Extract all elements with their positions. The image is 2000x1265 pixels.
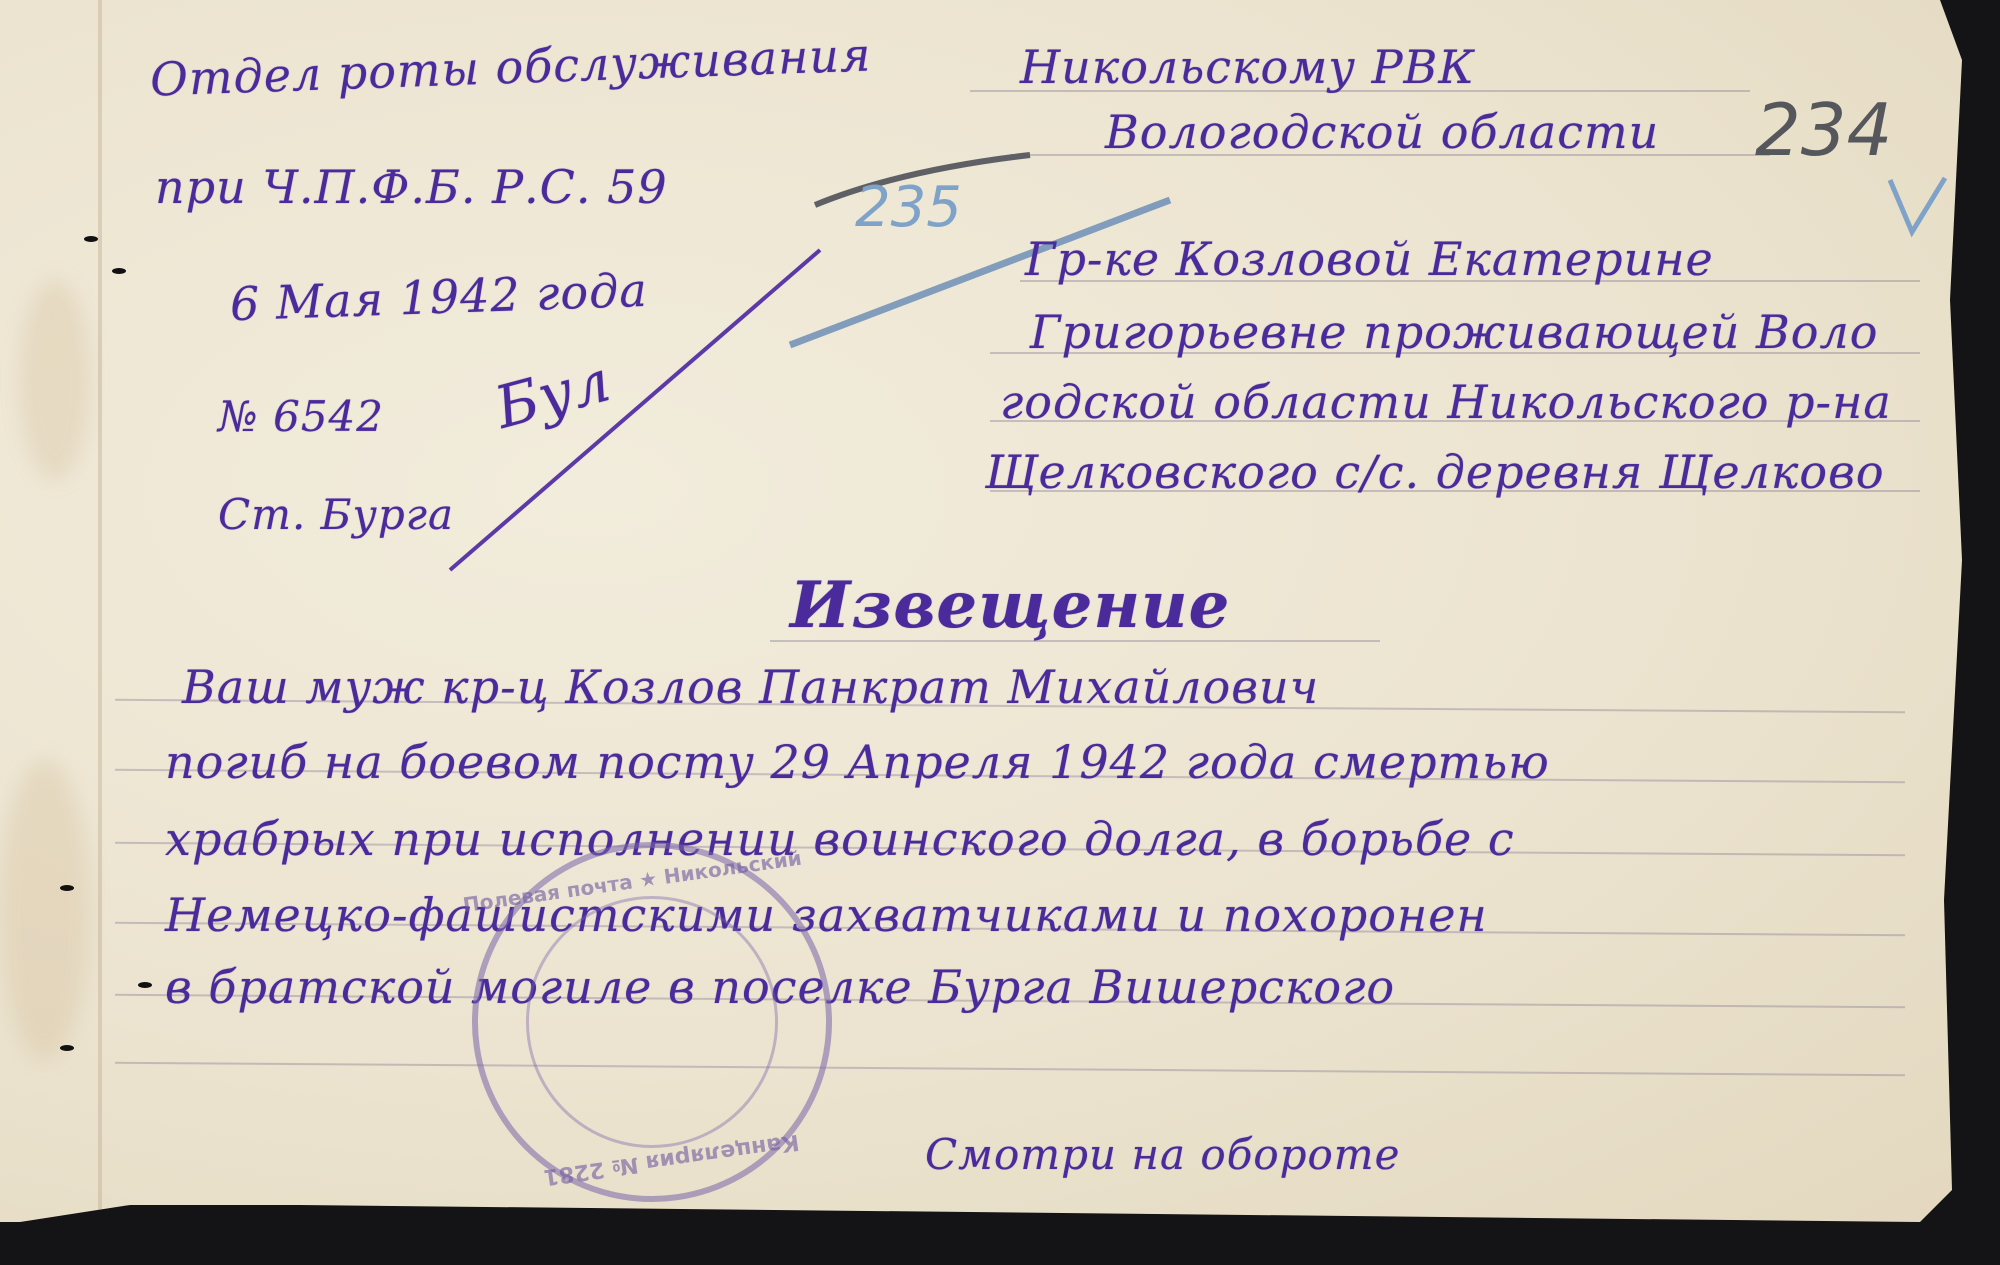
- sender-station: Ст. Бурга: [218, 490, 454, 539]
- notice-body-line-1: Ваш муж кр-ц Козлов Панкрат Михайлович: [182, 660, 1319, 714]
- sender-number: № 6542: [218, 392, 384, 441]
- notice-footer: Смотри на обороте: [925, 1130, 1400, 1179]
- archive-pencil-number: 234: [1755, 88, 1892, 172]
- recipient-line-1: Гр-ке Козловой Екатерине: [1025, 232, 1714, 286]
- notice-body-line-2: погиб на боевом посту 29 Апреля 1942 год…: [165, 735, 1550, 789]
- addressee-office-line-1: Никольскому РВК: [1020, 40, 1475, 94]
- recipient-line-4: Щелковского с/с. деревня Щелково: [985, 445, 1885, 499]
- stamp-inner-ring: [510, 880, 795, 1165]
- sender-line-2: при Ч.П.Ф.Б. Р.С. 59: [155, 160, 668, 214]
- check-mark-icon: [1890, 178, 1945, 232]
- notice-body-line-4: Немецко-фашистскими захватчиками и похор…: [165, 888, 1488, 942]
- document-paper: Отдел роты обслуживания при Ч.П.Ф.Б. Р.С…: [0, 0, 1962, 1222]
- addressee-office-line-2: Вологодской области: [1105, 105, 1659, 159]
- recipient-line-3: годской области Никольского р-на: [1000, 375, 1892, 429]
- recipient-line-2: Григорьевне проживающей Воло: [1030, 305, 1878, 359]
- notice-title: Извещение: [790, 568, 1230, 643]
- archive-blue-number: 235: [855, 175, 962, 240]
- notice-body-line-3: храбрых при исполнении воинского долга, …: [165, 812, 1515, 866]
